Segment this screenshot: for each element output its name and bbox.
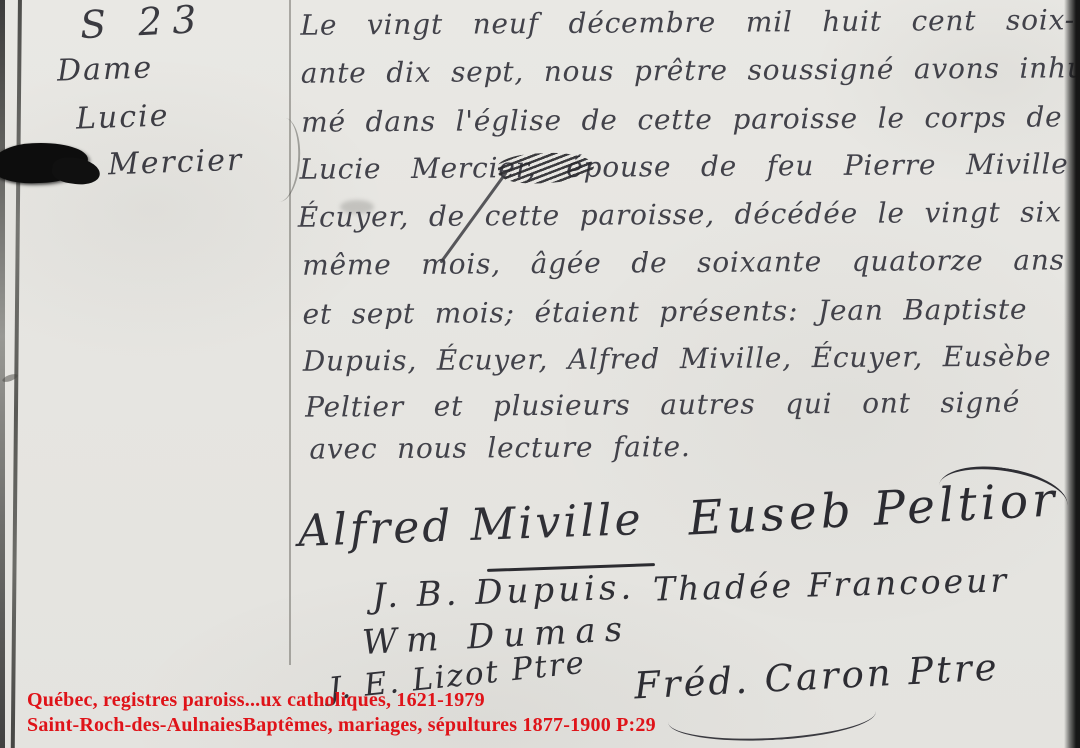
margin-name-line: Dame bbox=[56, 50, 153, 88]
scanned-register-page: S 23 Dame Lucie Mercier Le vingt neuf dé… bbox=[0, 0, 1080, 748]
margin-name-line: Lucie bbox=[75, 98, 170, 136]
column-divider-line bbox=[289, 0, 291, 665]
body-line: Écuyer, de cette paroisse, décédée le vi… bbox=[298, 195, 1080, 234]
body-line: Peltier et plusieurs autres qui ont sign… bbox=[305, 386, 1020, 424]
source-caption: Québec, registres paroiss...ux catholiqu… bbox=[27, 688, 656, 738]
caption-line-1: Québec, registres paroiss...ux catholiqu… bbox=[27, 688, 656, 713]
body-line: ante dix sept, nous prêtre soussigné avo… bbox=[301, 51, 1080, 90]
page-left-edge-shadow bbox=[0, 0, 5, 748]
margin-name-line: Mercier bbox=[107, 143, 243, 183]
body-line: Lucie Mercier, épouse de feu Pierre Mivi… bbox=[299, 147, 1068, 185]
signature-jb-dupuis: J. B. Dupuis. bbox=[371, 567, 635, 616]
signature-alfred-miville: Alfred Miville bbox=[297, 494, 644, 557]
caption-line-2: Saint-Roch-des-AulnaiesBaptêmes, mariage… bbox=[27, 713, 656, 738]
record-body-text: Le vingt neuf décembre mil huit cent soi… bbox=[300, 0, 1078, 483]
signature-thadee-francoeur: Thadée Francoeur bbox=[653, 560, 1010, 608]
body-line: Le vingt neuf décembre mil huit cent soi… bbox=[300, 3, 1075, 41]
body-line: et sept mois; étaient présents: Jean Bap… bbox=[302, 293, 1027, 331]
ink-blot-secondary bbox=[50, 155, 101, 187]
body-line: avec nous lecture faite. bbox=[309, 430, 690, 466]
margin-entry-number: S 23 bbox=[79, 0, 208, 47]
stray-bracket-stroke bbox=[267, 117, 303, 203]
body-line: mé dans l'église de cette paroisse le co… bbox=[301, 100, 1080, 139]
body-line: Dupuis, Écuyer, Alfred Miville, Écuyer, … bbox=[303, 339, 1052, 377]
page-right-edge-shadow bbox=[1064, 0, 1080, 748]
body-line: même mois, âgée de soixante quatorze ans bbox=[302, 243, 1065, 281]
